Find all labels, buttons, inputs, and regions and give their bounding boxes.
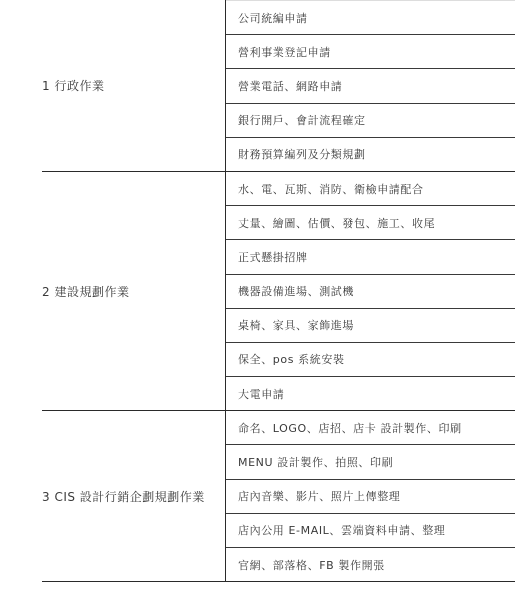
task-item: MENU 設計製作、拍照、印刷 (226, 445, 515, 479)
group-label: 2 建設規劃作業 (42, 172, 226, 410)
task-item: 營利事業登記申請 (226, 35, 515, 69)
task-item: 正式懸掛招牌 (226, 240, 515, 274)
task-item: 銀行開戶、會計流程確定 (226, 104, 515, 138)
task-item: 官網、部落格、FB 製作開張 (226, 548, 515, 581)
task-item: 丈量、繪圖、估價、發包、施工、收尾 (226, 206, 515, 240)
group-items: 命名、LOGO、店招、店卡 設計製作、印刷 MENU 設計製作、拍照、印刷 店內… (226, 411, 515, 581)
task-table: 1 行政作業 公司統編申請 營利事業登記申請 營業電話、網路申請 銀行開戶、會計… (42, 0, 515, 582)
group-items: 水、電、瓦斯、消防、衛檢申請配合 丈量、繪圖、估價、發包、施工、收尾 正式懸掛招… (226, 172, 515, 410)
task-item: 大電申請 (226, 377, 515, 410)
task-item: 財務預算編列及分類規劃 (226, 138, 515, 171)
group-label: 3 CIS 設計行銷企劃規劃作業 (42, 411, 226, 581)
task-item: 店內音樂、影片、照片上傳整理 (226, 480, 515, 514)
task-item: 水、電、瓦斯、消防、衛檢申請配合 (226, 172, 515, 206)
task-item: 桌椅、家具、家飾進場 (226, 309, 515, 343)
group-label: 1 行政作業 (42, 0, 226, 171)
task-item: 命名、LOGO、店招、店卡 設計製作、印刷 (226, 411, 515, 445)
group-construction: 2 建設規劃作業 水、電、瓦斯、消防、衛檢申請配合 丈量、繪圖、估價、發包、施工… (42, 172, 515, 411)
group-items: 公司統編申請 營利事業登記申請 營業電話、網路申請 銀行開戶、會計流程確定 財務… (226, 0, 515, 171)
task-item: 保全、pos 系統安裝 (226, 343, 515, 377)
group-cis-marketing: 3 CIS 設計行銷企劃規劃作業 命名、LOGO、店招、店卡 設計製作、印刷 M… (42, 411, 515, 582)
task-item: 機器設備進場、測試機 (226, 275, 515, 309)
task-item: 店內公用 E-MAIL、雲端資料申請、整理 (226, 514, 515, 548)
task-item: 營業電話、網路申請 (226, 69, 515, 103)
group-administrative: 1 行政作業 公司統編申請 營利事業登記申請 營業電話、網路申請 銀行開戶、會計… (42, 0, 515, 172)
task-item: 公司統編申請 (226, 0, 515, 35)
